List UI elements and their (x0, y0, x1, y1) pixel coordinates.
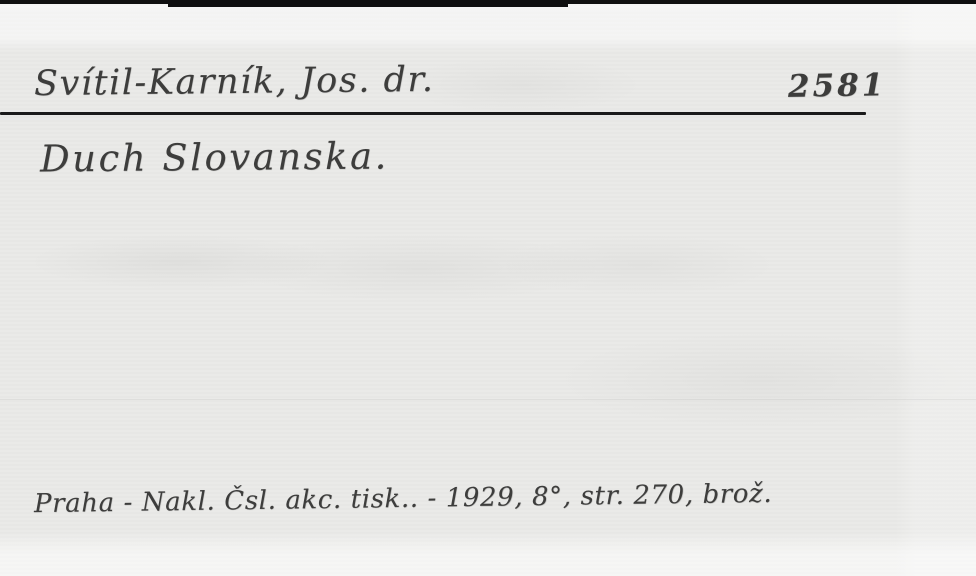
catalog-card: Svítil-Karník, Jos. dr. 2581 Duch Slovan… (0, 0, 976, 576)
scan-edge-strip-segment (168, 0, 568, 7)
catalog-number: 2581 (788, 67, 887, 105)
paper-crease (0, 399, 976, 400)
title-line: Duch Slovanska. (40, 134, 389, 180)
author-heading: Svítil-Karník, Jos. dr. (34, 60, 435, 104)
imprint-line: Praha - Nakl. Čsl. akc. tisk.. - 1929, 8… (34, 479, 773, 519)
header-rule (0, 112, 866, 115)
